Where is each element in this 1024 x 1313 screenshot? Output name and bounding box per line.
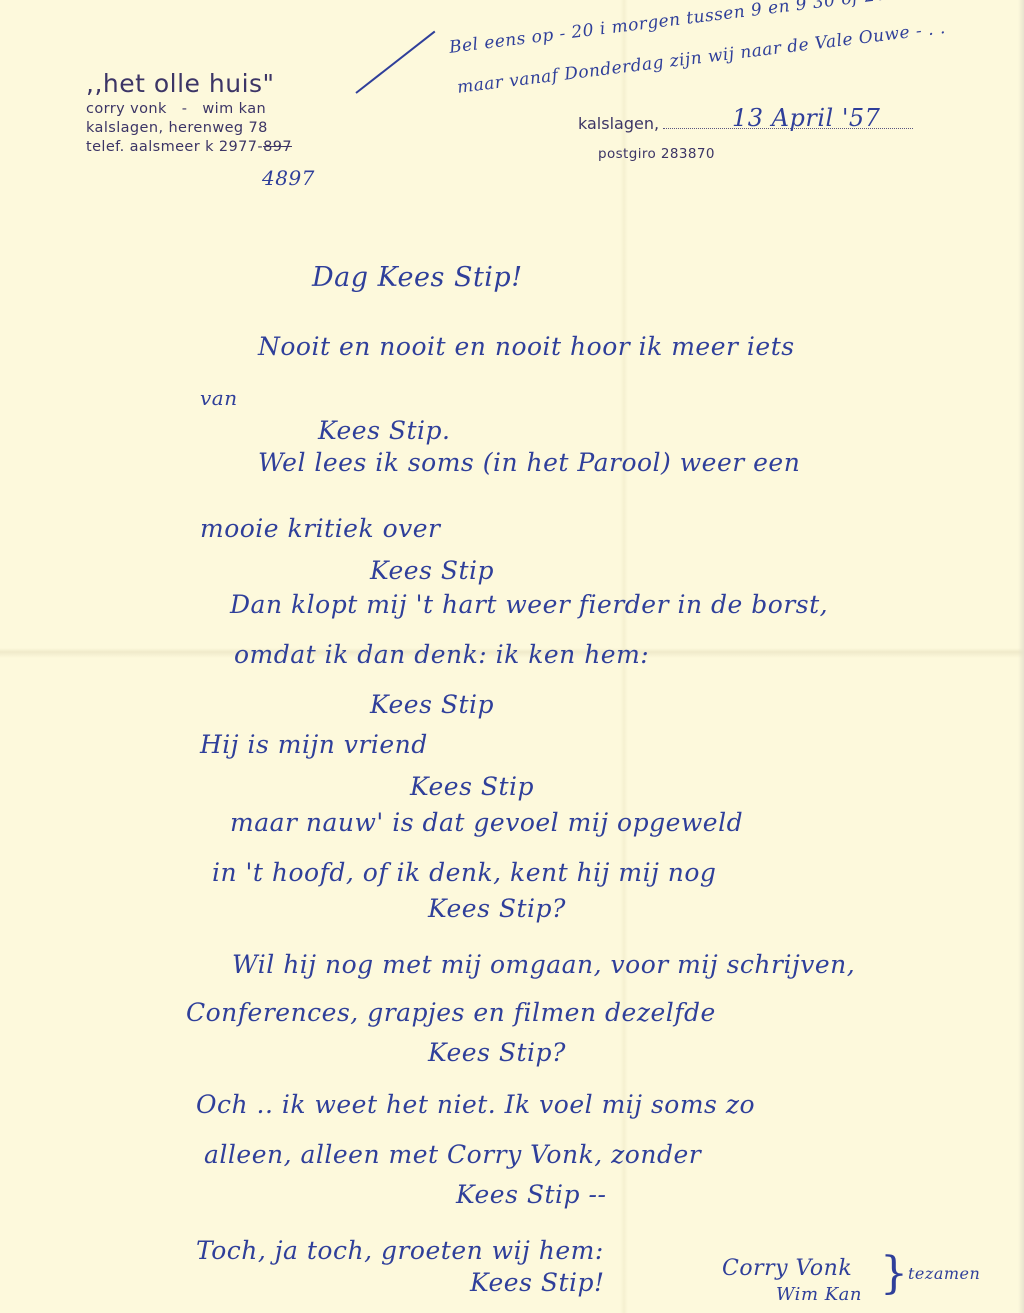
letter-line: Hij is mijn vriend	[200, 730, 428, 759]
letter-line: Wil hij nog met mij omgaan, voor mij sch…	[232, 950, 855, 979]
signature-corry-vonk: Corry Vonk	[722, 1256, 852, 1281]
letter-line: maar nauw' is dat gevoel mij opgeweld	[230, 808, 743, 837]
letter-line: Kees Stip.	[318, 416, 451, 445]
letter-line: Dan klopt mij 't hart weer fierder in de…	[230, 590, 828, 619]
letter-line: Toch, ja toch, groeten wij hem:	[196, 1236, 604, 1265]
signature-wim-kan: Wim Kan	[776, 1284, 862, 1305]
letter-line: Kees Stip!	[470, 1268, 605, 1297]
signature-bracket: }	[880, 1252, 908, 1296]
letter-line: alleen, alleen met Corry Vonk, zonder	[204, 1140, 701, 1169]
letterhead: ,,het olle huis" corry vonk - wim kan ka…	[86, 70, 292, 157]
phone-struck: 897	[263, 139, 292, 155]
paper-edge	[1018, 0, 1024, 1313]
letterhead-phone: telef. aalsmeer k 2977-897	[86, 138, 292, 157]
letter-line: Kees Stip?	[428, 1038, 566, 1067]
letterhead-names: corry vonk - wim kan	[86, 100, 292, 119]
letter-line: Kees Stip?	[428, 894, 566, 923]
phone-correction: 4897	[262, 166, 315, 190]
letter-line: Kees Stip --	[456, 1180, 606, 1209]
letter-line: Kees Stip	[370, 556, 494, 585]
greeting: Dag Kees Stip!	[312, 262, 523, 293]
letter-line: omdat ik dan denk: ik ken hem:	[234, 640, 649, 669]
letter-line: Wel lees ik soms (in het Parool) weer ee…	[258, 448, 800, 477]
letter-line: Nooit en nooit en nooit hoor ik meer iet…	[258, 332, 795, 361]
letter-line: Conferences, grapjes en filmen dezelfde	[186, 998, 716, 1027]
letter-line: in 't hoofd, of ik denk, kent hij mij no…	[212, 858, 716, 887]
place-label: kalslagen,	[578, 114, 659, 133]
letter-line: van	[200, 386, 238, 410]
letter-line: Och .. ik weet het niet. Ik voel mij som…	[196, 1090, 755, 1119]
letter-line: Kees Stip	[370, 690, 494, 719]
letterhead-address: kalslagen, herenweg 78	[86, 119, 292, 138]
letter-line: Kees Stip	[410, 772, 534, 801]
letter-date: 13 April '57	[732, 104, 880, 132]
letterhead-title: ,,het olle huis"	[86, 70, 292, 98]
signature-together: tezamen	[908, 1264, 980, 1283]
phone-prefix: telef. aalsmeer k 2977-	[86, 139, 263, 155]
letter-line: mooie kritiek over	[200, 514, 441, 543]
postgiro: postgiro 283870	[598, 146, 715, 162]
